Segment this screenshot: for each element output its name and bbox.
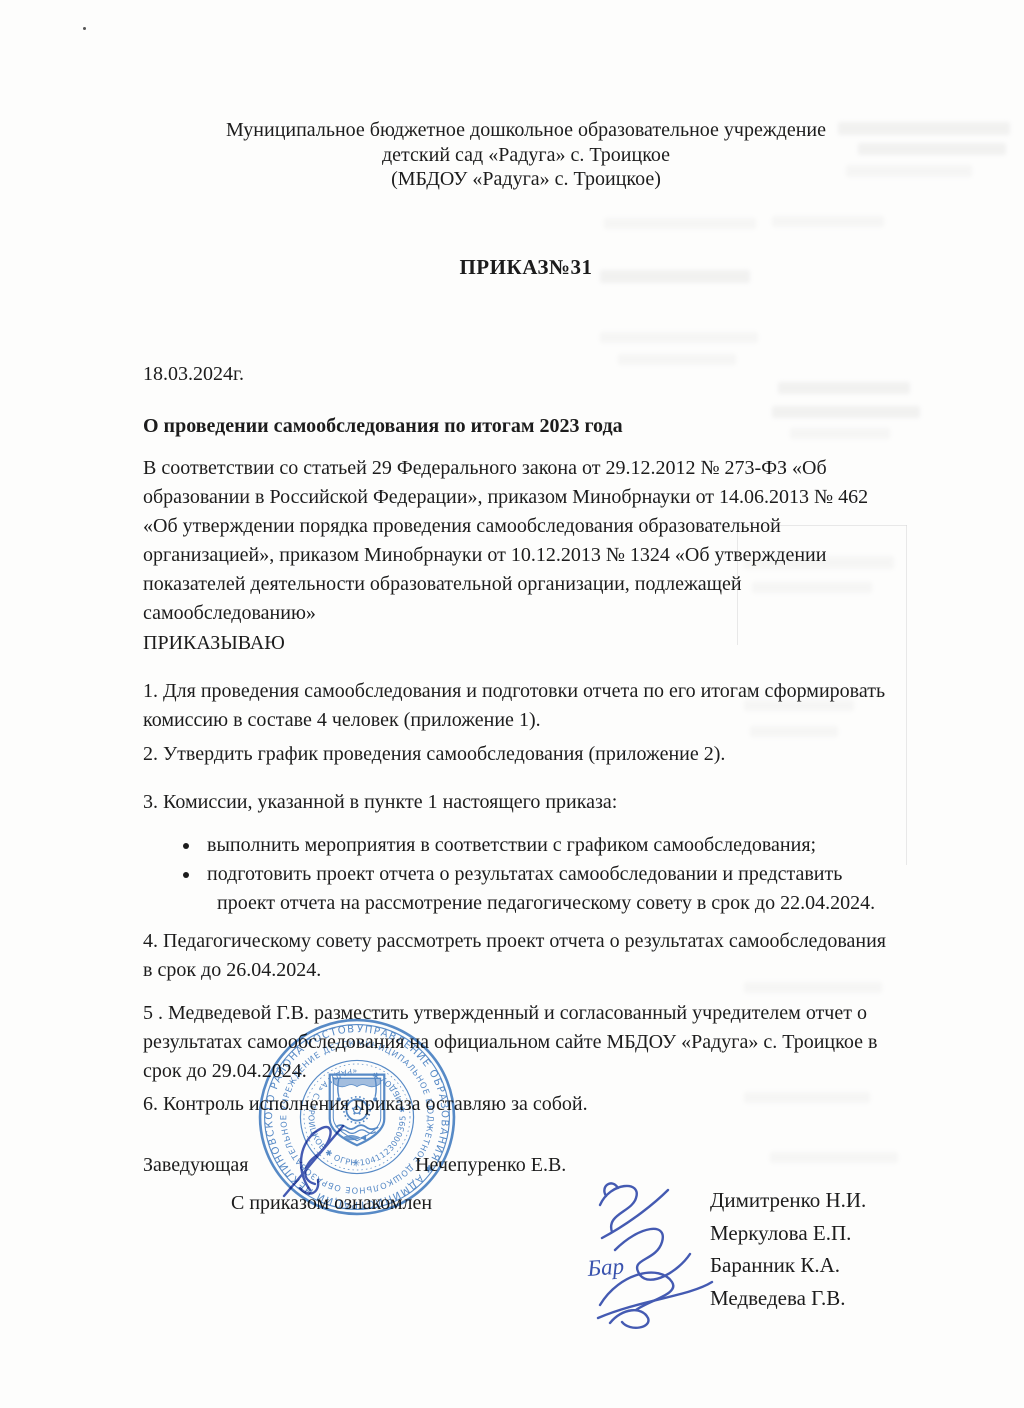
order-date: 18.03.2024г.	[143, 360, 244, 389]
order-title: ПРИКАЗ№31	[133, 255, 919, 280]
bleed-through-smudge	[772, 406, 920, 418]
order-item-line: в срок до 26.04.2024.	[143, 956, 886, 985]
org-name-line: Муниципальное бюджетное дошкольное образ…	[133, 118, 919, 143]
order-item-3-bullets: выполнить мероприятия в соответствии с г…	[143, 831, 875, 918]
order-item-3: 3. Комиссии, указанной в пункте 1 настоя…	[143, 788, 617, 817]
bleed-through-smudge	[744, 1092, 870, 1103]
order-item-2: 2. Утвердить график проведения самообсле…	[143, 740, 725, 769]
preamble-line: самообследованию»	[143, 599, 868, 628]
handwritten-signatures: Бар	[270, 1108, 740, 1348]
handwritten-name-fragment: Бар	[586, 1253, 625, 1281]
preamble: В соответствии со статьей 29 Федеральног…	[143, 454, 868, 628]
bleed-through-smudge	[790, 428, 890, 439]
scanned-order-document: Муниципальное бюджетное дошкольное образ…	[0, 0, 1024, 1408]
bleed-through-smudge	[618, 354, 736, 365]
order-item-line: комиссию в составе 4 человек (приложение…	[143, 706, 885, 735]
bleed-through-smudge	[778, 382, 910, 394]
preamble-line: В соответствии со статьей 29 Федеральног…	[143, 454, 868, 483]
preamble-line: «Об утверждении порядка проведения самоо…	[143, 512, 868, 541]
preamble-line: показателей деятельности образовательной…	[143, 570, 868, 599]
bleed-through-smudge	[772, 216, 884, 227]
signer-role: Заведующая	[143, 1151, 248, 1180]
order-item-line: 1. Для проведения самообследования и под…	[143, 677, 885, 706]
scan-speck	[83, 27, 86, 30]
order-item-5: 5 . Медведевой Г.В. разместить утвержден…	[143, 999, 877, 1086]
order-subject: О проведении самообследования по итогам …	[143, 412, 623, 441]
order-item-line: срок до 29.04.2024.	[143, 1057, 877, 1086]
order-item-line: результатах самообследования на официаль…	[143, 1028, 877, 1057]
letterhead: Муниципальное бюджетное дошкольное образ…	[133, 118, 919, 192]
bullet-item: подготовить проект отчета о результатах …	[207, 860, 875, 889]
resolve-word: ПРИКАЗЫВАЮ	[143, 629, 285, 658]
order-item-4: 4. Педагогическому совету рассмотреть пр…	[143, 927, 886, 985]
order-item-line: 5 . Медведевой Г.В. разместить утвержден…	[143, 999, 877, 1028]
order-item-1: 1. Для проведения самообследования и под…	[143, 677, 885, 735]
preamble-line: образовании в Российской Федерации», при…	[143, 483, 868, 512]
bleed-through-line	[906, 525, 907, 865]
bleed-through-smudge	[604, 218, 756, 229]
org-name-line: детский сад «Радуга» с. Троицкое	[133, 143, 919, 168]
bleed-through-smudge	[770, 1152, 898, 1163]
preamble-line: организацией», приказом Минобрнауки от 1…	[143, 541, 868, 570]
order-item-line: 4. Педагогическому совету рассмотреть пр…	[143, 927, 886, 956]
bleed-through-smudge	[600, 332, 758, 343]
bullet-item-continuation: проект отчета на рассмотрение педагогиче…	[217, 889, 875, 918]
bullet-item: выполнить мероприятия в соответствии с г…	[207, 831, 875, 860]
org-name-line: (МБДОУ «Радуга» с. Троицкое)	[133, 167, 919, 192]
